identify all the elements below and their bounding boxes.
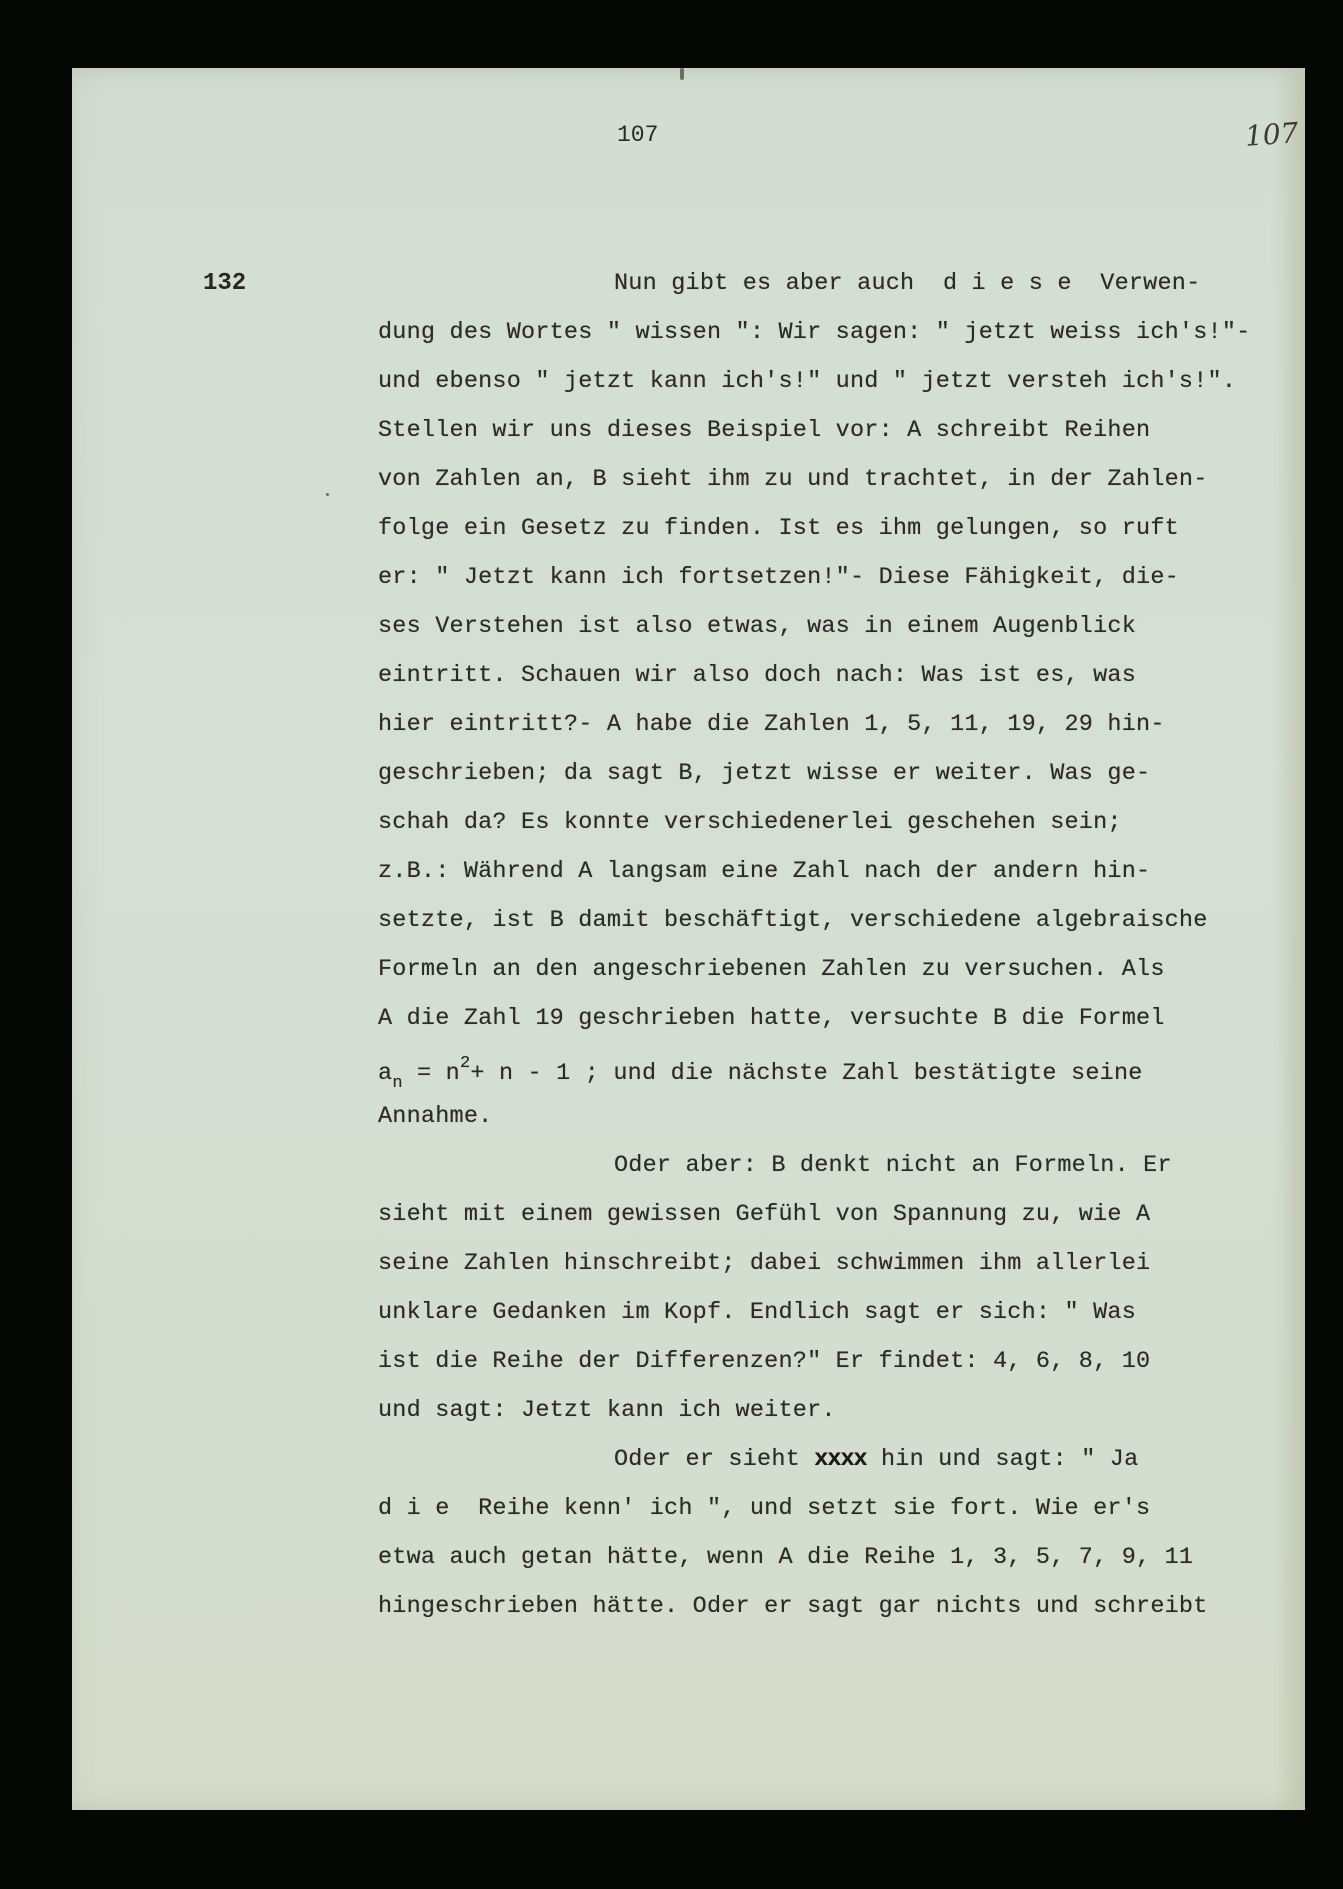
text-line: etwa auch getan hätte, wenn A die Reihe …: [378, 1544, 1193, 1571]
text-line: und ebenso " jetzt kann ich's!" und " je…: [378, 368, 1236, 395]
text-line: Formeln an den angeschriebenen Zahlen zu…: [378, 956, 1165, 983]
text-line: geschrieben; da sagt B, jetzt wisse er w…: [378, 760, 1150, 787]
text-line: und sagt: Jetzt kann ich weiter.: [378, 1397, 836, 1424]
text-line: schah da? Es konnte verschiedenerlei ges…: [378, 809, 1122, 836]
formula-eq: = n: [403, 1060, 460, 1087]
text-line: Nun gibt es aber auch d i e s e Verwen-: [614, 270, 1200, 297]
struck-line-after: hin und sagt: " Ja: [867, 1446, 1139, 1473]
text-line: von Zahlen an, B sieht ihm zu und tracht…: [378, 466, 1208, 493]
section-number: 132: [203, 270, 246, 297]
text-line: z.B.: Während A langsam eine Zahl nach d…: [378, 858, 1150, 885]
text-line: d i e Reihe kenn' ich ", und setzt sie f…: [378, 1495, 1150, 1522]
text-line: eintritt. Schauen wir also doch nach: Wa…: [378, 662, 1136, 689]
text-line: dung des Wortes " wissen ": Wir sagen: "…: [378, 319, 1250, 346]
formula-a: a: [378, 1060, 392, 1087]
paper-speck: [326, 493, 329, 496]
struck-out-text: xxxx: [814, 1446, 866, 1473]
text-line: ses Verstehen ist also etwas, was in ein…: [378, 613, 1136, 640]
text-line: seine Zahlen hinschreibt; dabei schwimme…: [378, 1250, 1150, 1277]
struck-line: Oder er sieht xxxx hin und sagt: " Ja: [614, 1446, 1138, 1473]
text-line: hingeschrieben hätte. Oder er sagt gar n…: [378, 1593, 1208, 1620]
text-line: A die Zahl 19 geschrieben hatte, versuch…: [378, 1005, 1165, 1032]
formula-line: an = n2+ n - 1 ; und die nächste Zahl be…: [378, 1054, 1143, 1093]
text-line: unklare Gedanken im Kopf. Endlich sagt e…: [378, 1299, 1136, 1326]
text-line: sieht mit einem gewissen Gefühl von Span…: [378, 1201, 1150, 1228]
text-line: er: " Jetzt kann ich fortsetzen!"- Diese…: [378, 564, 1179, 591]
text-line: Oder aber: B denkt nicht an Formeln. Er: [614, 1152, 1172, 1179]
text-line: folge ein Gesetz zu finden. Ist es ihm g…: [378, 515, 1179, 542]
text-line: Annahme.: [378, 1103, 492, 1130]
handwritten-page-number: 107: [1244, 116, 1300, 153]
formula-subscript: n: [392, 1074, 402, 1093]
text-line: hier eintritt?- A habe die Zahlen 1, 5, …: [378, 711, 1165, 738]
struck-line-before: Oder er sieht: [614, 1446, 814, 1473]
formula-superscript: 2: [460, 1054, 470, 1073]
paper-mark: [680, 68, 684, 80]
text-line: ist die Reihe der Differenzen?" Er finde…: [378, 1348, 1150, 1375]
formula-rest: + n - 1 ; und die nächste Zahl bestätigt…: [470, 1060, 1142, 1087]
typed-page-number: 107: [617, 122, 658, 148]
text-line: setzte, ist B damit beschäftigt, verschi…: [378, 907, 1208, 934]
text-line: Stellen wir uns dieses Beispiel vor: A s…: [378, 417, 1150, 444]
